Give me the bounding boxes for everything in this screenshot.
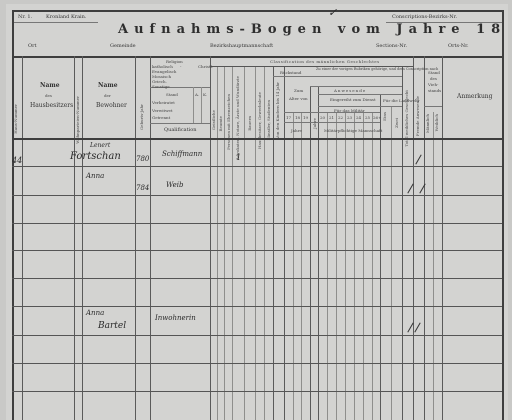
subheader-divider [284, 122, 380, 123]
label-qualification: Qualification [164, 127, 196, 133]
vieh-label: Vieh- [428, 82, 438, 87]
col-line [224, 66, 225, 420]
header-separator [12, 56, 502, 58]
label-weiblich: Weiblich [434, 114, 439, 131]
row-line [12, 391, 502, 392]
row-line [12, 223, 502, 224]
field-bezirkshauptmannschaft: Bezirkshauptmannschaft [210, 43, 273, 49]
field-sections-nr: Sections-Nr. [376, 43, 407, 49]
subheader-divider [318, 94, 402, 95]
entry-geburtsjahr: 784 [136, 184, 149, 192]
label-eingereiht: Eingereiht zum Dienst [330, 97, 376, 102]
class-col-label: Beamte [218, 116, 223, 131]
subheader-divider [273, 76, 402, 77]
col-line [82, 56, 83, 420]
label-bewohner: Bewohner [96, 102, 127, 109]
entry-bewohner-surname: Bartel [98, 321, 126, 331]
label-stand: Stand [166, 92, 178, 97]
col-line [442, 56, 443, 420]
age-col: 21 [329, 115, 334, 120]
vieh-label: des [430, 76, 437, 81]
vieh-label: Stand [428, 70, 440, 75]
age-col: 26+ [373, 115, 381, 120]
age-col: 25 [365, 115, 370, 120]
entry-haus-nummer: 44 [12, 156, 22, 165]
col-line [433, 112, 434, 420]
stand-row: Verwitwet [152, 108, 173, 113]
age-col: 24 [356, 115, 361, 120]
col-line [22, 56, 23, 420]
religion-row: Christl. [198, 64, 213, 69]
col-line [150, 56, 151, 420]
label-haus-nummer: Haus-Nummer [13, 104, 18, 134]
class-col-label: Geistliche [211, 110, 216, 130]
col-line [380, 94, 381, 420]
age-label: 17 [286, 115, 291, 120]
col-line [264, 66, 265, 420]
class-col-label: Personen mit Ehrenzeichen [226, 94, 231, 150]
age-label: 19 [303, 115, 308, 120]
row-line [12, 166, 502, 167]
col-line [310, 86, 311, 420]
col-line [255, 66, 256, 420]
col-line [284, 66, 285, 420]
frame-top [12, 10, 502, 12]
entry-bewohner-first: Lenert [90, 142, 110, 149]
label-kinder: Von den Kindern bis 14 Jahr [275, 82, 280, 139]
header-bottom [12, 138, 502, 140]
age-col: 23 [347, 115, 352, 120]
stand-divider [201, 87, 202, 123]
label-geburtsjahr: Geburts-Jahr [139, 104, 144, 130]
label-zwei: Zwei [394, 118, 399, 128]
label-classification: Classification des männlichen Geschlecht… [270, 59, 380, 64]
label-fuer-militaer: Für das Militär [334, 108, 365, 113]
col-line [345, 112, 346, 420]
label-alter: Alter von [289, 96, 308, 101]
entry-bewohner-first: Anna [86, 172, 104, 180]
qualification-divider [150, 123, 210, 124]
label-wohnpartei: Wohnparteien-Nummer [75, 96, 80, 144]
label-name-2: Name [98, 82, 118, 89]
entry-qualification: Inwohnerin [155, 314, 196, 322]
col-line [273, 66, 274, 420]
stand-divider [193, 87, 194, 123]
label-maennlich: Männlich [425, 114, 430, 133]
col-line [354, 112, 355, 420]
label-jahre-col: Jahre [312, 118, 317, 129]
label-des: des [45, 93, 52, 98]
age-label: 18 [295, 115, 300, 120]
col-line [363, 112, 364, 420]
row-line [12, 363, 502, 364]
col-line [402, 66, 403, 420]
frame-right [502, 10, 504, 420]
label-ruckstand: Rückstand [280, 70, 301, 75]
frame-left [12, 10, 14, 420]
col-line [372, 112, 373, 420]
entry-qualification: Weib [166, 181, 184, 189]
field-orts-nr: Orts-Nr. [448, 43, 469, 49]
label-hausbesitzers: Hausbesitzers [30, 102, 73, 109]
row-line [12, 250, 502, 251]
col-line [135, 56, 136, 420]
label-landwehr: Für die Landwehr [383, 98, 419, 103]
entry-bewohner-surname: Fortschan [70, 151, 121, 162]
field-gemeinde: Gemeinde [110, 43, 136, 49]
stand-col: K. [203, 92, 207, 97]
vieh-divider [424, 106, 442, 107]
col-line [413, 56, 414, 420]
stand-col: A. [195, 92, 199, 97]
religion-row: Sonstige [152, 84, 170, 89]
conscription-district-label: Conscriptions-Bezirks-Nr. [392, 14, 457, 20]
religion-row: - [180, 64, 181, 69]
label-zum: Zum [294, 88, 303, 93]
col-line [318, 86, 319, 420]
class-col-label: Bauern [247, 116, 252, 131]
col-line [232, 66, 233, 420]
stand-row: Getrennt [152, 115, 170, 120]
col-line [301, 112, 302, 420]
class-col-label: Künstler, Studenten [266, 100, 271, 140]
col-line [424, 56, 425, 420]
col-line [336, 112, 337, 420]
label-name: Name [40, 82, 60, 89]
label-fremde-anwesende: Fremde Anwesende [415, 96, 420, 136]
label-eins: Eins [382, 112, 387, 121]
entry-bewohner-first: Anna [86, 309, 104, 317]
col-line [293, 112, 294, 420]
form-number: Nr. 1. [18, 14, 32, 20]
subheader-divider [318, 106, 402, 107]
vieh-label: stands [428, 88, 441, 93]
row-line [12, 335, 502, 336]
field-ort: Ort [28, 43, 37, 49]
label-anmerkung: Anmerkung [457, 93, 493, 100]
row-line [12, 195, 502, 196]
age-col: 20 [320, 115, 325, 120]
stand-row: Verheiratet [152, 100, 175, 105]
col-line [327, 112, 328, 420]
row-line [12, 278, 502, 279]
entry-qualification: Schiffmann [162, 150, 202, 158]
crown-land-underline [14, 22, 98, 23]
label-militaerpflichtige: Militärpflichtige Mannschaft [324, 128, 382, 133]
col-line [244, 66, 245, 420]
entry-geburtsjahr: 780 [136, 155, 149, 163]
class-col-label: Hausbesitzer, Gewerbsleute [257, 92, 262, 149]
subheader-divider [310, 86, 402, 87]
form-title: Aufnahms-Bogen vom Jahre 18 [118, 22, 506, 37]
class-col-label: Advokaten, Notare, Ärzte und Wundärzte [235, 76, 240, 160]
crown-land-label: Kronland Krain. [46, 14, 86, 20]
row-line [12, 306, 502, 307]
label-zu-einer: Zu einer der vorigen Rubriken gehörige, … [316, 67, 438, 72]
label-anwesende: Anwesende [334, 88, 366, 93]
check-mark: ✓ [328, 6, 337, 19]
entry-class-mark: 1 [236, 153, 241, 162]
label-der: der [104, 93, 111, 98]
label-jahre: Jahre [291, 128, 302, 133]
col-line [391, 106, 392, 420]
subheader-divider [284, 112, 380, 113]
age-col: 22 [338, 115, 343, 120]
